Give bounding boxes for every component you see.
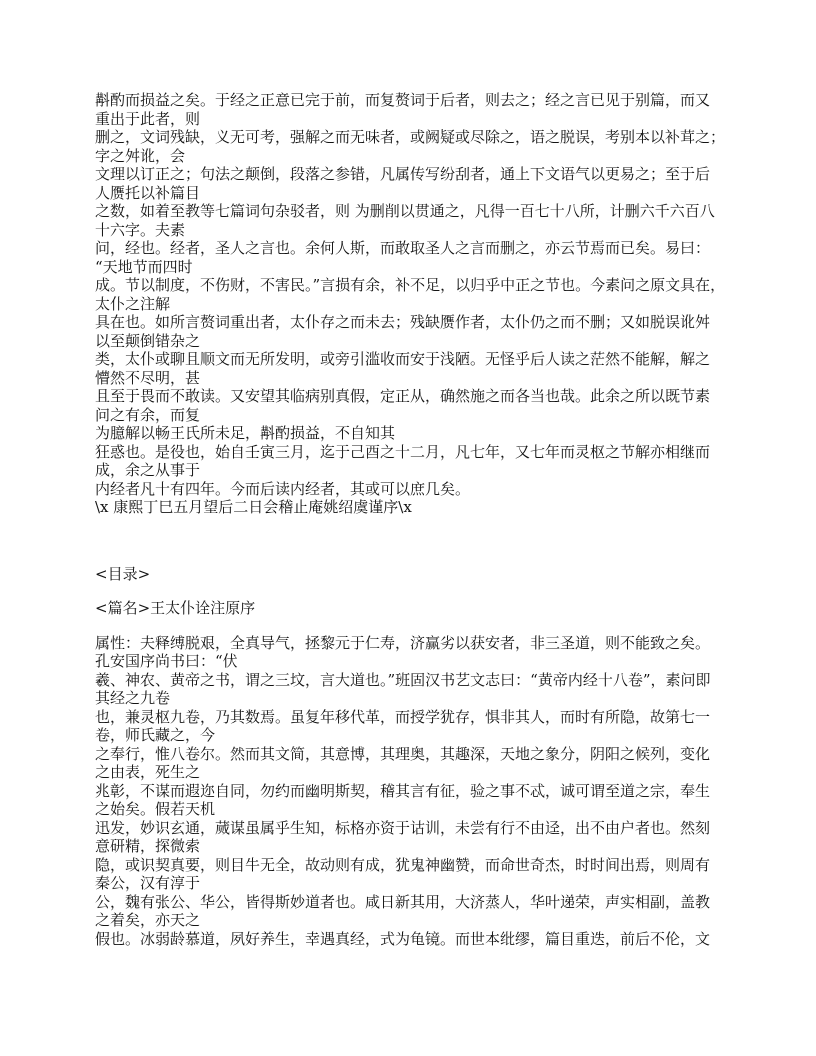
preface-line: 重出于此者，则 — [95, 110, 730, 129]
wang-preface-line: 卷，师氏藏之，今 — [95, 726, 730, 745]
blank-lines — [95, 517, 730, 565]
preface-line: 懵然不尽明，甚 — [95, 369, 730, 388]
wang-preface-line: 假也。冰弱龄慕道，夙好养生，幸遇真经，式为龟镜。而世本纰缪，篇目重迭，前后不伦，… — [95, 930, 730, 949]
wang-preface-line: 孔安国序尚书曰：“伏 — [95, 652, 730, 671]
wang-preface-line: 属性：夫释缚脱艰，全真导气，拯黎元于仁寿，济赢劣以获安者，非三圣道，则不能致之矣… — [95, 634, 730, 653]
preface-line: 内经者凡十有四年。今而后读内经者，其或可以庶几矣。 — [95, 480, 730, 499]
wang-preface-line: 也，兼灵枢九卷，乃其数焉。虽复年移代革，而授学犹存，惧非其人，而时有所隐，故第七… — [95, 708, 730, 727]
wang-preface-line: 隐，或识契真要，则目牛无全，故动则有成，犹鬼神幽赞，而命世奇杰，时时间出焉，则周… — [95, 856, 730, 875]
wang-preface-line: 之着矣，亦天之 — [95, 911, 730, 930]
blank-line — [95, 583, 730, 599]
wang-preface-line: 公，魏有张公、华公，皆得斯妙道者也。咸日新其用，大济蒸人，华叶递荣，声实相副，盖… — [95, 893, 730, 912]
preface-line: 问之有余，而复 — [95, 406, 730, 425]
preface-line: 成。节以制度，不伤财，不害民。”言损有余，补不足，以归乎中正之节也。今素问之原文… — [95, 276, 730, 295]
preface-line: 具在也。如所言赘词重出者，太仆存之而未去；残缺赝作者，太仆仍之而不删；又如脱误讹… — [95, 313, 730, 332]
wang-preface-line: 秦公，汉有淳于 — [95, 874, 730, 893]
preface-line: 十六字。夫素 — [95, 221, 730, 240]
preface-line: 之数，如着至教等七篇词句杂驳者，则 为删削以贯通之，凡得一百七十八所，计删六千六… — [95, 202, 730, 221]
wang-preface-line: 其经之九卷 — [95, 689, 730, 708]
preface-line: 删之，文词残缺，义无可考，强解之而无味者，或阙疑或尽除之，语之脱误，考别本以补茸… — [95, 128, 730, 147]
preface-line: 字之舛讹，会 — [95, 147, 730, 166]
preface-signature-line: \x 康熙丁巳五月望后二日会稽止庵姚绍虞谨序\x — [95, 498, 730, 517]
text-block: 斠酌而损益之矣。于经之正意已完于前，而复赘词于后者，则去之；经之言已见于别篇，而… — [95, 91, 730, 948]
wang-preface-line: 之奉行，惟八卷尔。然而其文简，其意博，其理奥，其趣深，天地之象分，阴阳之候列，变… — [95, 745, 730, 764]
preface-line: 太仆之注解 — [95, 295, 730, 314]
blank-line — [95, 618, 730, 634]
preface-line: 狂惑也。是役也，始自壬寅三月，迄于己酉之十二月，凡七年，又七年而灵枢之节解亦相继… — [95, 443, 730, 462]
text-page: 斠酌而损益之矣。于经之正意已完于前，而复赘词于后者，则去之；经之言已见于别篇，而… — [0, 0, 816, 1056]
wang-preface-line: 之始矣。假若天机 — [95, 800, 730, 819]
wang-preface-line: 兆彰，不谋而遐迩自同，勿约而幽明斯契，稽其言有征，验之事不忒，诚可谓至道之宗，奉… — [95, 782, 730, 801]
preface-line: 以至颠倒错杂之 — [95, 332, 730, 351]
preface-line: 文理以订正之；句法之颠倒，段落之参错，凡属传写纷刮者，通上下文语气以更易之；至于… — [95, 165, 730, 184]
toc-marker: <目录> — [95, 565, 730, 584]
preface-line: 人赝托以补篇目 — [95, 184, 730, 203]
wang-preface-line: 之由表，死生之 — [95, 763, 730, 782]
wang-preface-line: 意研精，探微索 — [95, 837, 730, 856]
chapter-title-marker: <篇名>王太仆诠注原序 — [95, 599, 730, 618]
preface-line: 为臆解以畅王氏所未足，斠酌损益，不自知其 — [95, 424, 730, 443]
preface-line: 类，太仆或聊且顺文而无所发明，或旁引滥收而安于浅陋。无怪乎后人读之茫然不能解，解… — [95, 350, 730, 369]
wang-preface-line: 迅发，妙识玄通，蒇谋虽属乎生知，标格亦资于诂训，未尝有行不由迳，出不由户者也。然… — [95, 819, 730, 838]
preface-line: “天地节而四时 — [95, 258, 730, 277]
wang-preface-line: 羲、神农、黄帝之书，谓之三坟，言大道也。”班固汉书艺文志曰：“黄帝内经十八卷”，… — [95, 671, 730, 690]
preface-line: 问，经也。经者，圣人之言也。余何人斯，而敢取圣人之言而删之，亦云节焉而已矣。易曰… — [95, 239, 730, 258]
preface-line: 斠酌而损益之矣。于经之正意已完于前，而复赘词于后者，则去之；经之言已见于别篇，而… — [95, 91, 730, 110]
preface-line: 且至于畏而不敢读。又安望其临病别真假，定正从，确然施之而各当也哉。此余之所以既节… — [95, 387, 730, 406]
preface-line: 成，余之从事于 — [95, 461, 730, 480]
